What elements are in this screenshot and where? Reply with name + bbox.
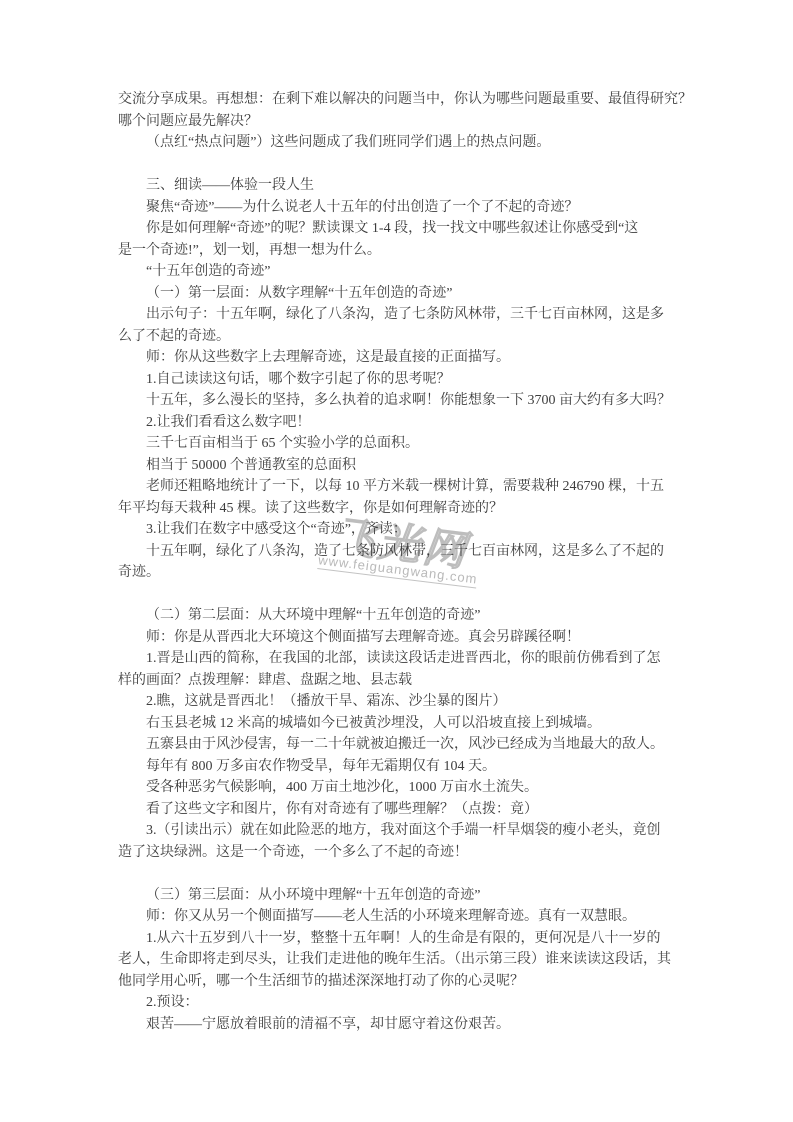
- text-line: 师：你又从另一个侧面描写——老人生活的小环境来理解奇迹。真有一双慧眼。: [118, 906, 698, 928]
- text-line: 2.让我们看看这么数字吧！: [118, 412, 698, 434]
- text-line: 3.让我们在数字中感受这个“奇迹”，齐读：: [118, 519, 698, 541]
- text-line: 1.自己读读这句话，哪个数字引起了你的思考呢？: [118, 369, 698, 391]
- text-line: 三、细读——体验一段人生: [118, 175, 698, 197]
- text-line: 聚焦“奇迹”——为什么说老人十五年的付出创造了一个了不起的奇迹？: [118, 197, 698, 219]
- text-line: 十五年，多么漫长的坚持，多么执着的追求啊！你能想象一下 3700 亩大约有多大吗…: [118, 390, 698, 412]
- text-line: 么了不起的奇迹。: [118, 326, 698, 348]
- text-line: 样的画面？点拨理解：肆虐、盘踞之地、县志载: [118, 670, 698, 692]
- text-line: 看了这些文字和图片，你有对奇迹有了哪些理解？（点拨：竟）: [118, 799, 698, 821]
- text-line: 老师还粗略地统计了一下，以每 10 平方米载一棵树计算，需要栽种 246790 …: [118, 476, 698, 498]
- text-line: 奇迹。: [118, 562, 698, 584]
- text-line: 交流分享成果。再想想：在剩下难以解决的问题当中，你认为哪些问题最重要、最值得研究…: [118, 89, 698, 111]
- text-line: 老人，生命即将走到尽头，让我们走进他的晚年生活。（出示第三段）谁来读读这段话，其: [118, 949, 698, 971]
- text-line: （一）第一层面：从数字理解“十五年创造的奇迹”: [118, 283, 698, 305]
- text-line: 相当于 50000 个普通教室的总面积: [118, 455, 698, 477]
- text-line: 1.晋是山西的简称，在我国的北部，读读这段话走进晋西北，你的眼前仿佛看到了怎: [118, 648, 698, 670]
- text-line: 五寨县由于风沙侵害，每一二十年就被迫搬迁一次，风沙已经成为当地最大的敌人。: [118, 734, 698, 756]
- text-line: 你是如何理解“奇迹”的呢？默读课文 1-4 段，找一找文中哪些叙述让你感受到“这: [118, 218, 698, 240]
- blank-line: [118, 863, 698, 885]
- text-line: 师：你是从晋西北大环境这个侧面描写去理解奇迹。真会另辟蹊径啊！: [118, 627, 698, 649]
- text-line: （三）第三层面：从小环境中理解“十五年创造的奇迹”: [118, 885, 698, 907]
- text-line: “十五年创造的奇迹”: [118, 261, 698, 283]
- document-page: 飞光网 www.feiguangwang.com 交流分享成果。再想想：在剩下难…: [0, 0, 793, 1122]
- text-line: 右玉县老城 12 米高的城墙如今已被黄沙埋没，人可以沿坡直接上到城墙。: [118, 713, 698, 735]
- text-line: 哪个问题应最先解决？: [118, 111, 698, 133]
- text-line: 每年有 800 万多亩农作物受旱，每年无霜期仅有 104 天。: [118, 756, 698, 778]
- text-line: 造了这块绿洲。这是一个奇迹，一个多么了不起的奇迹！: [118, 842, 698, 864]
- text-line: 2.预设：: [118, 992, 698, 1014]
- text-line: 三千七百亩相当于 65 个实验小学的总面积。: [118, 433, 698, 455]
- text-line: 是一个奇迹!”，划一划，再想一想为什么。: [118, 240, 698, 262]
- text-line: 年平均每天栽种 45 棵。读了这些数字，你是如何理解奇迹的？: [118, 498, 698, 520]
- text-line: （点红“热点问题”）这些问题成了我们班同学们遇上的热点问题。: [118, 132, 698, 154]
- text-line: 受各种恶劣气候影响，400 万亩土地沙化，1000 万亩水土流失。: [118, 777, 698, 799]
- text-line: 2.瞧，这就是晋西北！（播放干旱、霜冻、沙尘暴的图片）: [118, 691, 698, 713]
- text-line: （二）第二层面：从大环境中理解“十五年创造的奇迹”: [118, 605, 698, 627]
- text-line: 3.（引读出示）就在如此险恶的地方，我对面这个手端一杆旱烟袋的瘦小老头，竟创: [118, 820, 698, 842]
- text-line: 十五年啊，绿化了八条沟，造了七条防风林带，三千七百亩林网，这是多么了不起的: [118, 541, 698, 563]
- text-line: 1.从六十五岁到八十一岁，整整十五年啊！人的生命是有限的，更何况是八十一岁的: [118, 928, 698, 950]
- document-body: 交流分享成果。再想想：在剩下难以解决的问题当中，你认为哪些问题最重要、最值得研究…: [118, 89, 698, 1035]
- text-line: 师：你从这些数字上去理解奇迹，这是最直接的正面描写。: [118, 347, 698, 369]
- text-line: 他同学用心听，哪一个生活细节的描述深深地打动了你的心灵呢？: [118, 971, 698, 993]
- text-line: 艰苦——宁愿放着眼前的清福不享，却甘愿守着这份艰苦。: [118, 1014, 698, 1036]
- blank-line: [118, 584, 698, 606]
- text-line: 出示句子：十五年啊，绿化了八条沟，造了七条防风林带，三千七百亩林网，这是多: [118, 304, 698, 326]
- blank-line: [118, 154, 698, 176]
